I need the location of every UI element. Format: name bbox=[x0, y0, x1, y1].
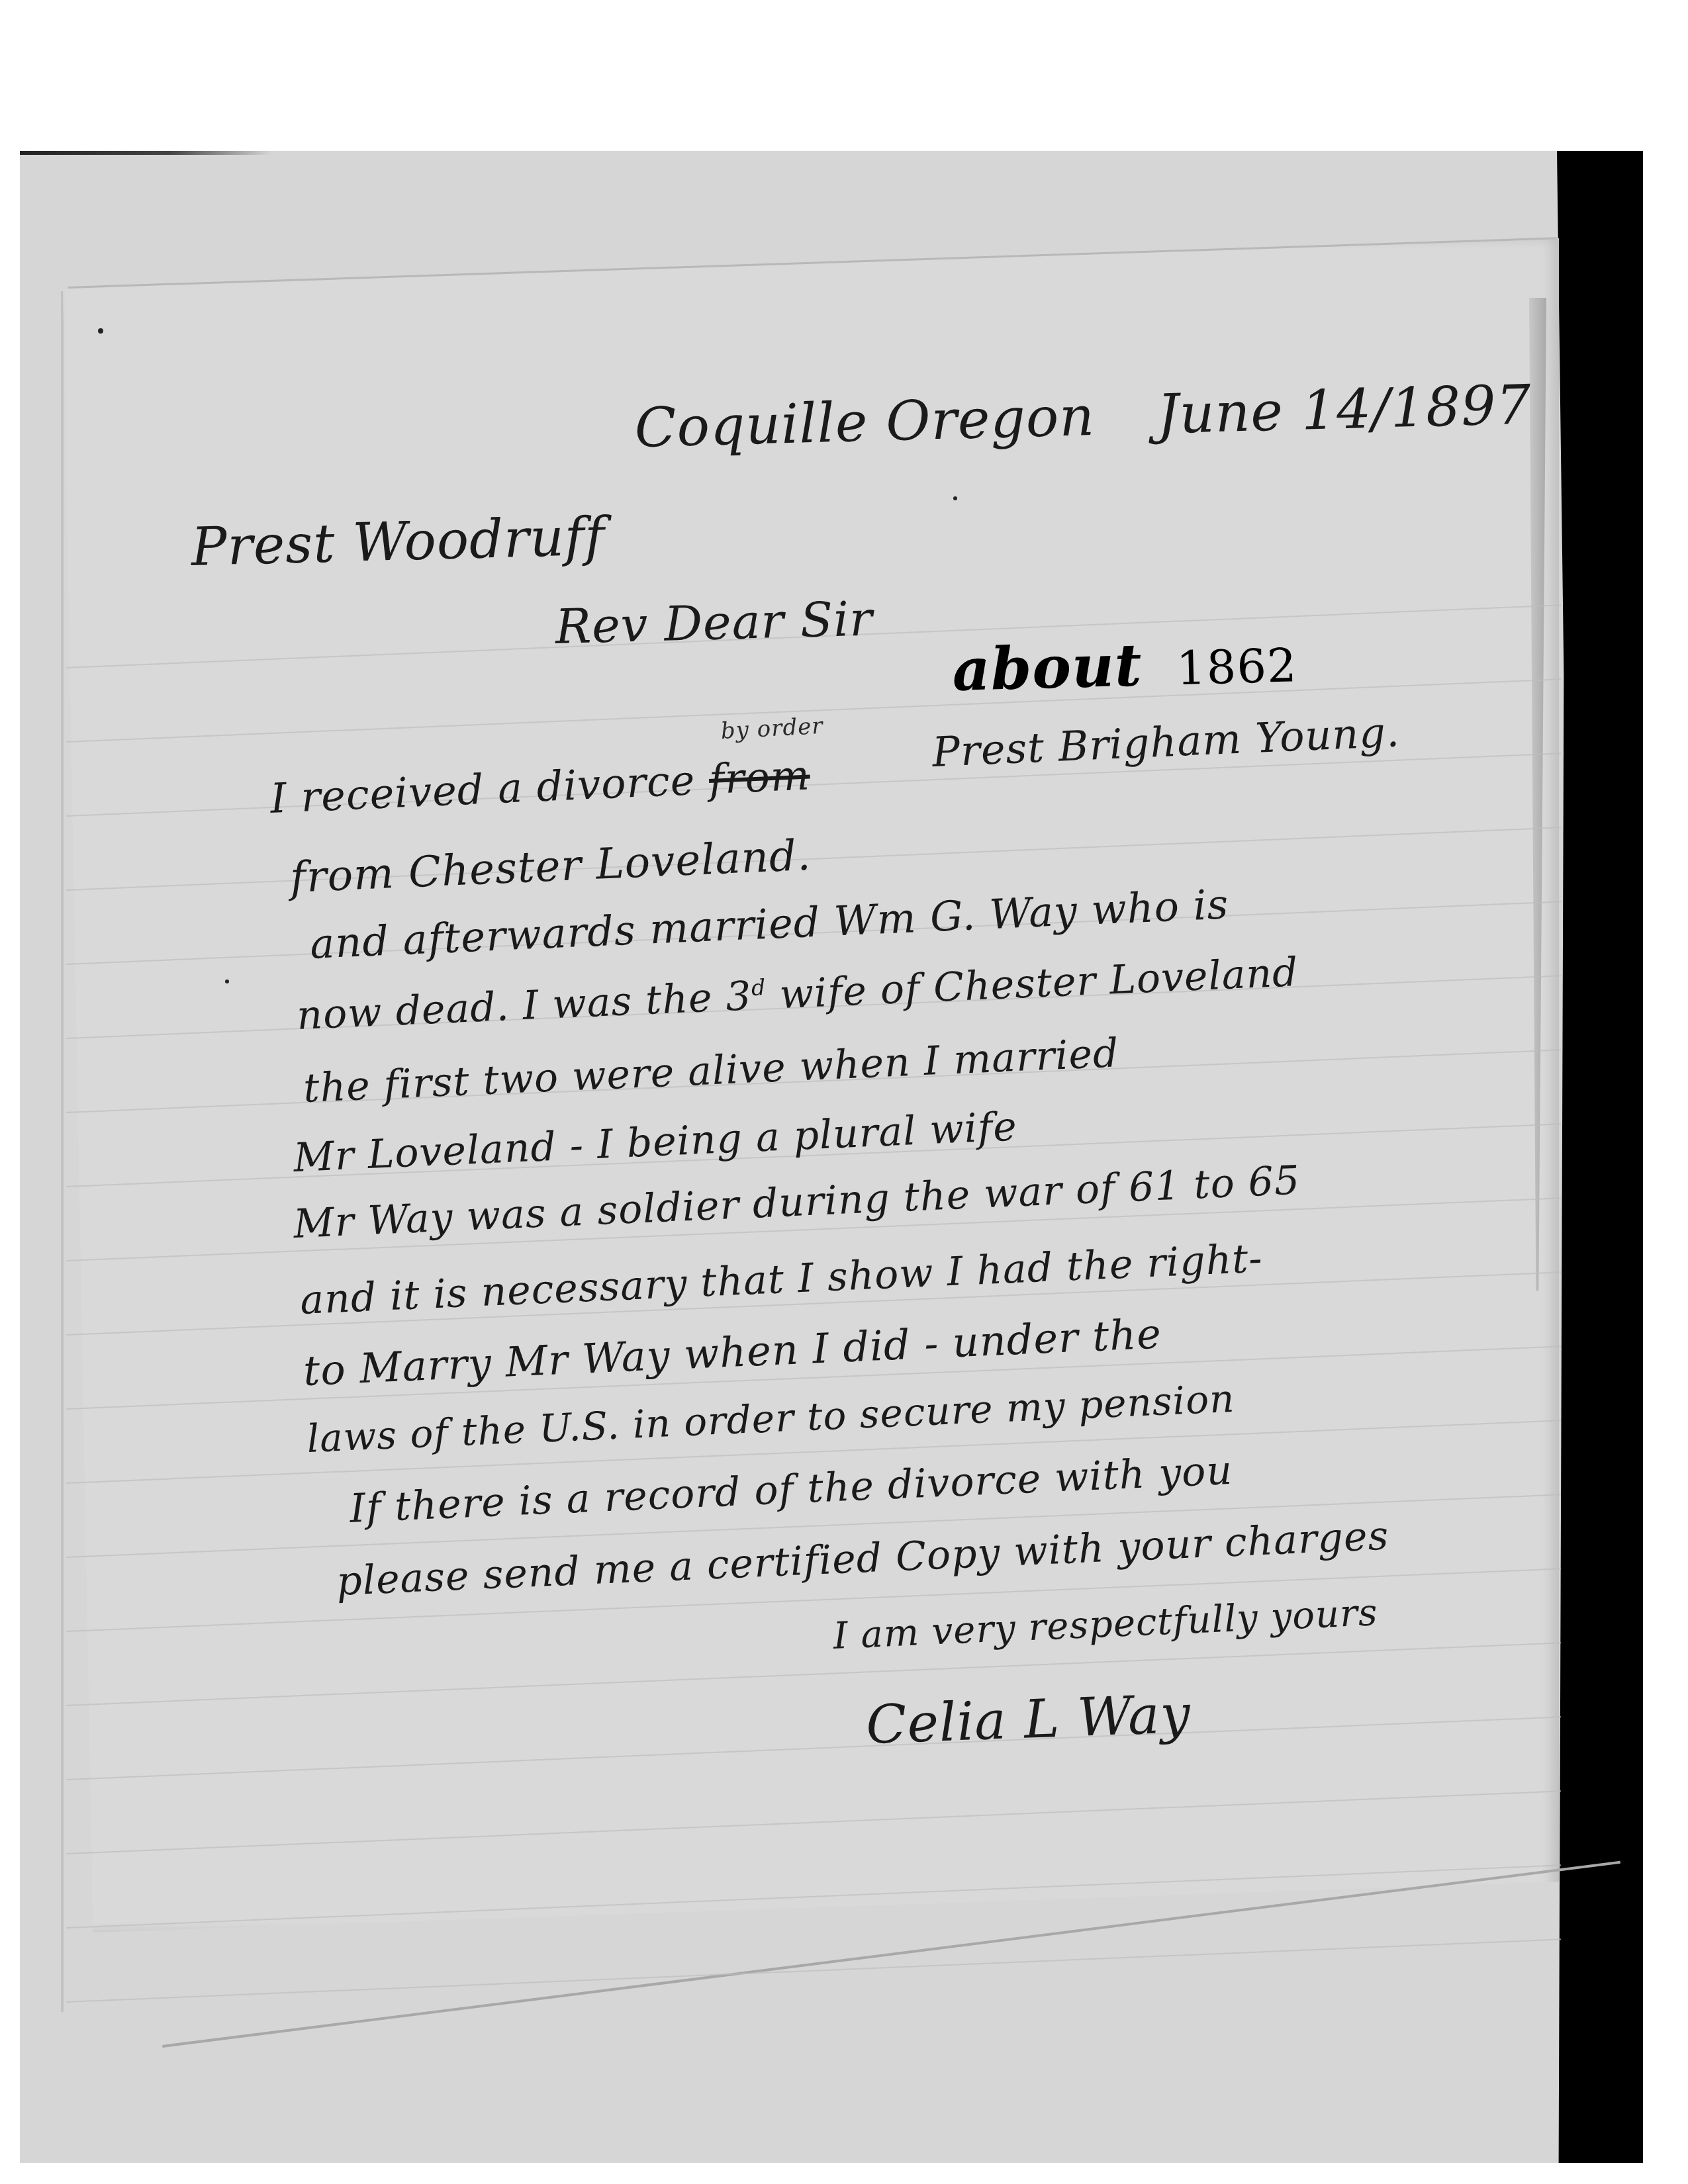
about-label: about bbox=[951, 631, 1143, 704]
scanner-edge-black-band bbox=[1557, 151, 1643, 2163]
paper-speck bbox=[953, 496, 957, 500]
paper-left-edge bbox=[61, 291, 64, 2012]
greeting: Rev Dear Sir bbox=[555, 590, 874, 655]
struck-word: from bbox=[708, 751, 811, 803]
annotation-year: 1862 bbox=[1176, 638, 1297, 696]
scan-top-edge-shadow bbox=[20, 151, 271, 155]
letter-place: Coquille Oregon bbox=[634, 385, 1096, 460]
interlinear-by-order: by order bbox=[720, 713, 824, 745]
signature: Celia L Way bbox=[865, 1683, 1192, 1756]
paper-speck bbox=[98, 328, 103, 334]
addressee: Prest Woodruff bbox=[191, 506, 606, 578]
date-annotation: about 1862 bbox=[951, 626, 1297, 704]
letter-date: June 14/1897 bbox=[1156, 374, 1532, 447]
paper-speck bbox=[225, 979, 229, 983]
